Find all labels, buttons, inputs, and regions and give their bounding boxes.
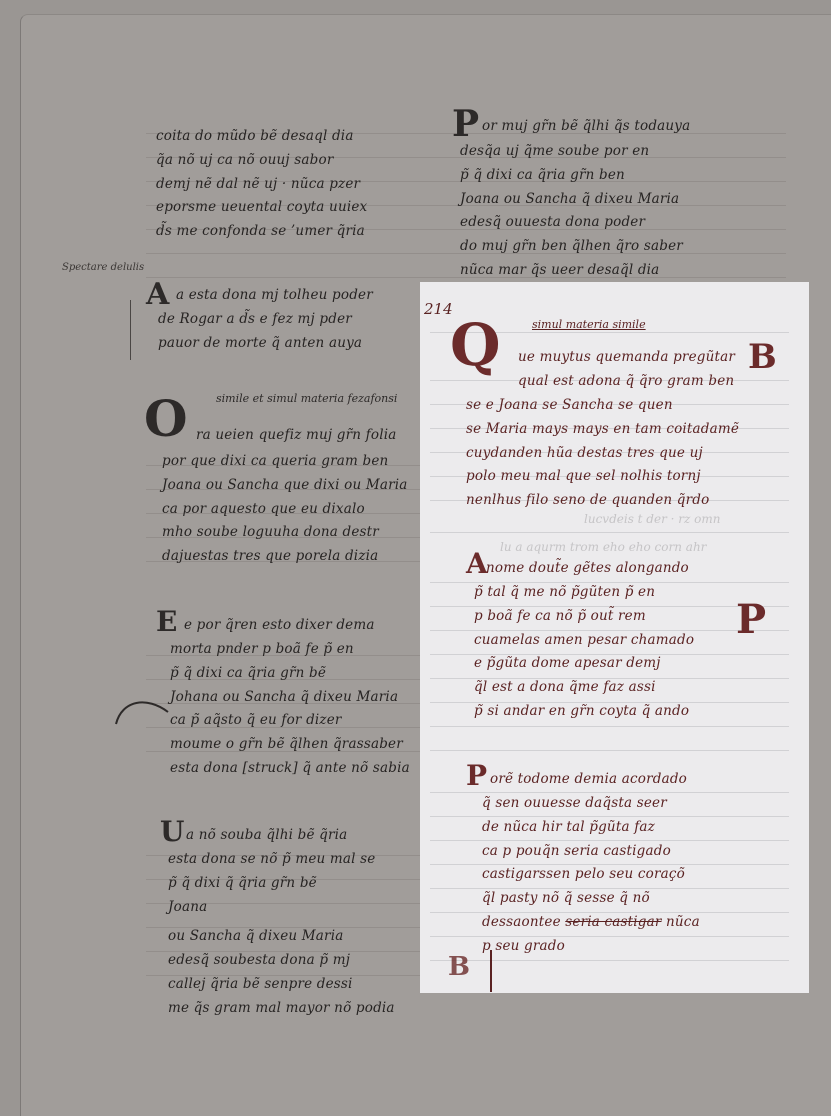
- side-initial-B: B: [748, 340, 777, 374]
- verse-line: dajuestas tres que porela dizia: [162, 545, 408, 569]
- descender-stroke: [490, 950, 492, 992]
- ruling-line: [430, 726, 789, 727]
- ruling-line: [430, 750, 789, 751]
- verse-line: nũca mar q̃s ueer desaq̃l dia: [460, 259, 683, 283]
- right-stanza-top-cont: desq̃a uj q̃me soube por en p̃ q̃ dixi c…: [460, 140, 683, 283]
- left-stanza-1: coita do mũdo bẽ desaql dia q̃a nõ uj ca…: [156, 125, 367, 244]
- verse-line: q̃a nõ uj ca nõ ouuj sabor: [156, 149, 367, 173]
- decorated-initial-Q: Q: [450, 316, 501, 374]
- verse-line: ou Sancha q̃ dixeu Maria: [168, 925, 395, 949]
- verse-line: edesq̃ ouuesta dona poder: [460, 211, 683, 235]
- verse-line: Joana: [168, 896, 395, 920]
- verse-line: desq̃a uj q̃me soube por en: [460, 140, 683, 164]
- struck-text: seria castigar: [565, 914, 661, 930]
- margin-note: Spectare delulis: [62, 262, 144, 273]
- rubric: simul materia simile: [532, 318, 646, 331]
- verse-line: callej q̃ria bẽ senpre dessi: [168, 973, 395, 997]
- verse-line: q̃ sen ouuesse daq̃sta seer: [482, 792, 700, 816]
- decorated-initial-A: A: [146, 280, 169, 310]
- verse-line: Joana ou Sancha que dixi ou Maria: [162, 474, 408, 498]
- margin-flourish-icon: [112, 690, 172, 730]
- left-stanza-2: a esta dona mj tolheu poder: [176, 284, 373, 308]
- verse-line: p̃ tal q̃ me nõ p̃gũten p̃ en: [474, 581, 694, 605]
- verse-line: p seu grado: [482, 935, 700, 959]
- verse-line: por que dixi ca queria gram ben: [162, 450, 408, 474]
- verse-line: se Maria mays mays en tam coitadamẽ: [466, 418, 739, 442]
- verse-line: eporsme ueuental coyta uuiex: [156, 196, 367, 220]
- show-through-text: lucvdeis t der · rz omn: [584, 512, 720, 526]
- verse-line: p̃ q̃ dixi ca q̃ria gr̃n bẽ: [170, 662, 410, 686]
- left-stanza-3-cont: por que dixi ca queria gram ben Joana ou…: [162, 450, 408, 569]
- highlight-stanza-3: orẽ todome demia acordado: [490, 768, 687, 792]
- verse-line: de nũca hir tal p̃gũta faz: [482, 816, 700, 840]
- verse-line: dessaontee seria castigar nũca: [482, 911, 700, 935]
- verse-line: morta pnder p boã fe p̃ en: [170, 638, 410, 662]
- verse-line: demj nẽ dal nẽ uj · nũca pzer: [156, 173, 367, 197]
- verse-line: d̃s me confonda se ’umer q̃ria: [156, 220, 367, 244]
- bottom-mark-B: B: [448, 954, 470, 980]
- verse-line: polo meu mal que sel nolhis tornj: [466, 465, 739, 489]
- left-stanza-2-cont: de Rogar a d̃s e fez mj pder pauor de mo…: [158, 308, 362, 356]
- highlight-stanza-1: ue muytus quemanda pregũtar qual est ado…: [518, 346, 735, 394]
- verse-line: se e Joana se Sancha se quen: [466, 394, 739, 418]
- show-through-text: lu a aqurm trom eho eho corn ahr: [500, 540, 706, 554]
- verse-line: cuydanden hũa destas tres que uj: [466, 442, 739, 466]
- verse-line: e por q̃ren esto dixer dema: [184, 614, 375, 638]
- verse-line: ra ueien quefiz muj gr̃n folia: [196, 424, 396, 448]
- verse-line: ca por aquesto que eu dixalo: [162, 498, 408, 522]
- verse-line: de Rogar a d̃s e fez mj pder: [158, 308, 362, 332]
- decorated-initial-O: O: [144, 394, 188, 444]
- side-initial-P: P: [736, 600, 766, 640]
- decorated-initial-P: P: [466, 762, 487, 790]
- verse-line: esta dona se nõ p̃ meu mal se: [168, 848, 395, 872]
- verse-line: q̃l est a dona q̃me faz assi: [474, 676, 694, 700]
- verse-line: moume o gr̃n bẽ q̃lhen q̃rassaber: [170, 733, 410, 757]
- left-stanza-4: e por q̃ren esto dixer dema: [184, 614, 375, 638]
- left-stanza-5-cont: esta dona se nõ p̃ meu mal se p̃ q̃ dixi…: [168, 848, 395, 1021]
- verse-line: ue muytus quemanda pregũtar: [518, 346, 735, 370]
- verse-line: ca p̃ aq̃sto q̃ eu for dizer: [170, 709, 410, 733]
- rubric: simile et simul materia fezafonsi: [216, 392, 397, 405]
- verse-line: nenlhus filo seno de quanden q̃rdo: [466, 489, 739, 513]
- verse-line: pauor de morte q̃ anten auya: [158, 332, 362, 356]
- margin-stroke: [130, 300, 131, 360]
- folio-number: 214: [424, 300, 453, 318]
- highlight-stanza-2: nome dout̃e gẽtes alongando: [486, 557, 689, 581]
- verse-line: coita do mũdo bẽ desaql dia: [156, 125, 367, 149]
- verse-line: edesq̃ soubesta dona p̃ mj: [168, 949, 395, 973]
- verse-line: ca p pouq̃n seria castigado: [482, 840, 700, 864]
- verse-line: do muj gr̃n ben q̃lhen q̃ro saber: [460, 235, 683, 259]
- verse-line: or muj gr̃n bẽ q̃lhi q̃s todauya: [482, 115, 690, 139]
- verse-text: dessaontee: [482, 914, 565, 930]
- verse-line: p̃ q̃ dixi ca q̃ria gr̃n ben: [460, 164, 683, 188]
- verse-line: esta dona [struck] q̃ ante nõ sabia: [170, 757, 410, 781]
- verse-line: cuamelas amen pesar chamado: [474, 629, 694, 653]
- left-stanza-5: a nõ souba q̃lhi bẽ q̃ria: [186, 824, 347, 848]
- verse-line: p̃ si andar en gr̃n coyta q̃ ando: [474, 700, 694, 724]
- decorated-initial-E: E: [156, 608, 177, 636]
- verse-line: mho soube loguuha dona destr: [162, 521, 408, 545]
- ruling-line: [430, 532, 789, 533]
- verse-line: qual est adona q̃ q̃ro gram ben: [518, 370, 735, 394]
- ruling-line: [430, 960, 789, 961]
- verse-line: a nõ souba q̃lhi bẽ q̃ria: [186, 824, 347, 848]
- highlight-stanza-3-cont: q̃ sen ouuesse daq̃sta seer de nũca hir …: [482, 792, 700, 959]
- verse-text: nũca: [662, 914, 700, 930]
- verse-line: Johana ou Sancha q̃ dixeu Maria: [170, 686, 410, 710]
- verse-line: nome dout̃e gẽtes alongando: [486, 557, 689, 581]
- decorated-initial-A: A: [466, 550, 488, 578]
- decorated-initial-U: U: [160, 818, 184, 846]
- verse-line: orẽ todome demia acordado: [490, 768, 687, 792]
- verse-line: p boã fe ca nõ p̃ out̃ rem: [474, 605, 694, 629]
- verse-line: q̃l pasty nõ q̃ sesse q̃ nõ: [482, 887, 700, 911]
- verse-line: e p̃gũta dome apesar demj: [474, 652, 694, 676]
- verse-line: a esta dona mj tolheu poder: [176, 284, 373, 308]
- highlight-stanza-2-cont: p̃ tal q̃ me nõ p̃gũten p̃ en p boã fe c…: [474, 581, 694, 724]
- verse-line: Joana ou Sancha q̃ dixeu Maria: [460, 188, 683, 212]
- verse-line: p̃ q̃ dixi q̃ q̃ria gr̃n bẽ: [168, 872, 395, 896]
- right-stanza-top: or muj gr̃n bẽ q̃lhi q̃s todauya: [482, 115, 690, 139]
- highlight-stanza-1-cont: se e Joana se Sancha se quen se Maria ma…: [466, 394, 739, 513]
- left-stanza-4-cont: morta pnder p boã fe p̃ en p̃ q̃ dixi ca…: [170, 638, 410, 781]
- decorated-initial-P: P: [452, 106, 479, 142]
- verse-line: me q̃s gram mal mayor nõ podia: [168, 997, 395, 1021]
- verse-line: castigarssen pelo seu coraçõ: [482, 863, 700, 887]
- left-stanza-3: ra ueien quefiz muj gr̃n folia: [196, 424, 396, 448]
